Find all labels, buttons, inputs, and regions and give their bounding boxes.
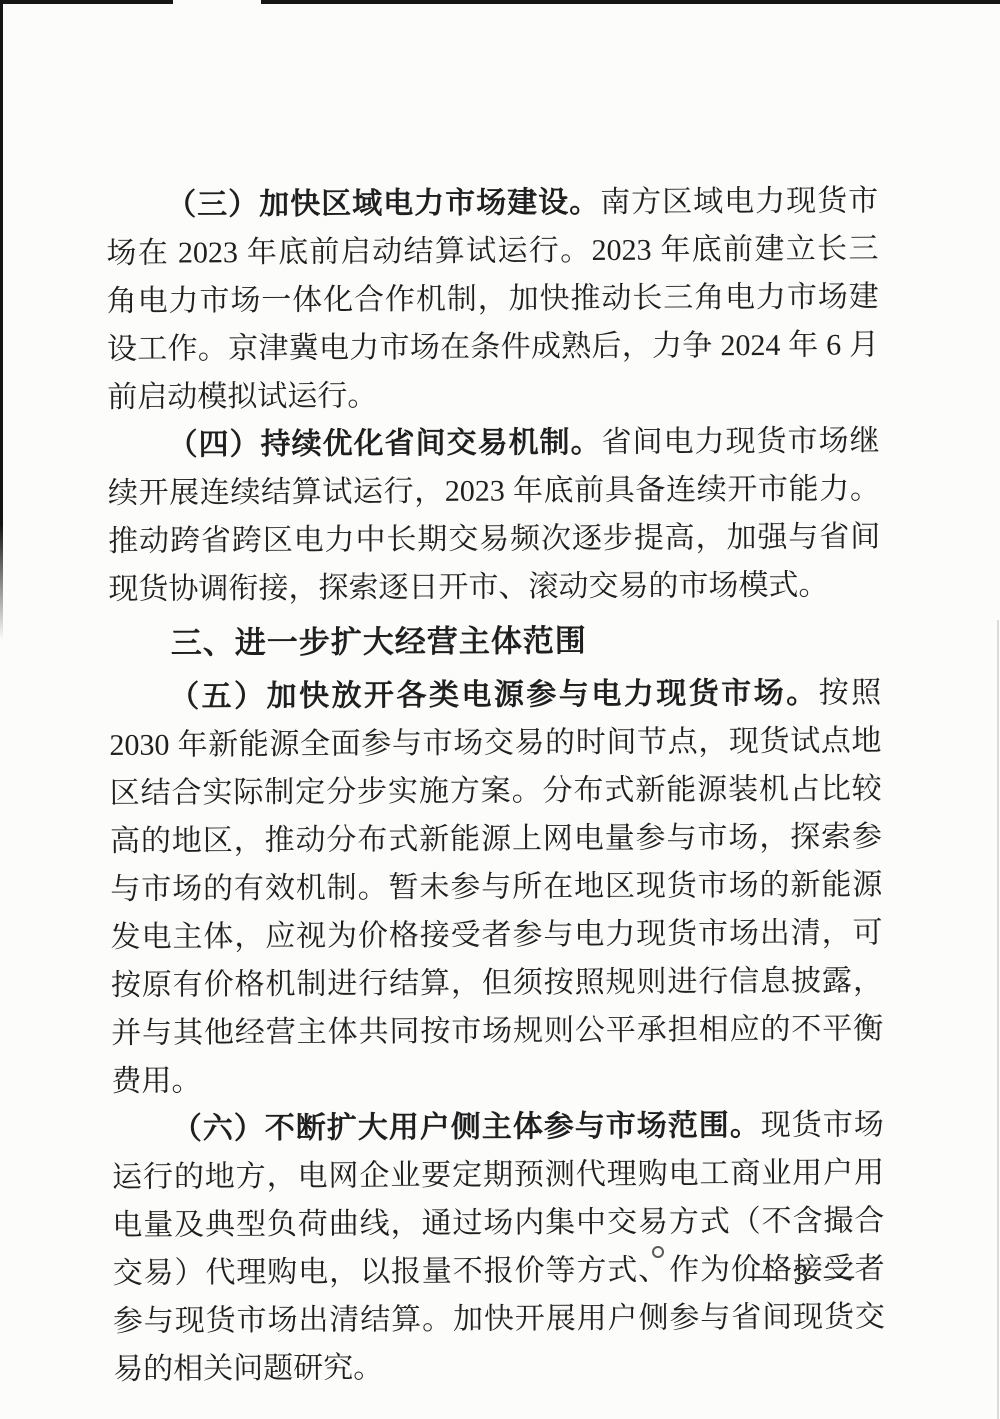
scan-left-border [0, 0, 3, 640]
scan-top-border-gap [173, 0, 261, 5]
document-body: （三）加快区域电力市场建设。南方区域电力现货市场在 2023 年底前启动结算试运… [106, 177, 885, 1394]
paragraph-body: 现货市场运行的地方，电网企业要定期预测代理购电工商业用户用电量及典型负荷曲线，通… [112, 1108, 885, 1386]
paragraph-lead: （四）持续优化省间交易机制。 [168, 426, 602, 462]
paragraph-lead: （三）加快区域电力市场建设。 [166, 186, 600, 222]
paragraph-item-4: （四）持续优化省间交易机制。省间电力现货市场继续开展连续结算试运行，2023 年… [107, 417, 880, 614]
paragraph-lead: （六）不断扩大用户侧主体参与市场范围。 [172, 1109, 761, 1146]
paragraph-lead: （五）加快放开各类电源参与电力现货市场。 [169, 677, 819, 714]
page-number: — 3 — [748, 1258, 858, 1292]
stray-mark-circle [652, 1246, 664, 1258]
scan-top-border [0, 0, 1000, 4]
section-heading: 三、进一步扩大经营主体范围 [109, 615, 881, 668]
paragraph-item-5: （五）加快放开各类电源参与电力现货市场。按照 2030 年新能源全面参与市场交易… [109, 669, 884, 1106]
scan-right-border [997, 620, 999, 1419]
paragraph-item-6: （六）不断扩大用户侧主体参与市场范围。现货市场运行的地方，电网企业要定期预测代理… [112, 1101, 886, 1394]
paragraph-body: 按照 2030 年新能源全面参与市场交易的时间节点，现货试点地区结合实际制定分步… [109, 676, 883, 1098]
document-page: （三）加快区域电力市场建设。南方区域电力现货市场在 2023 年底前启动结算试运… [0, 0, 1000, 1419]
paragraph-item-3: （三）加快区域电力市场建设。南方区域电力现货市场在 2023 年底前启动结算试运… [106, 177, 879, 422]
